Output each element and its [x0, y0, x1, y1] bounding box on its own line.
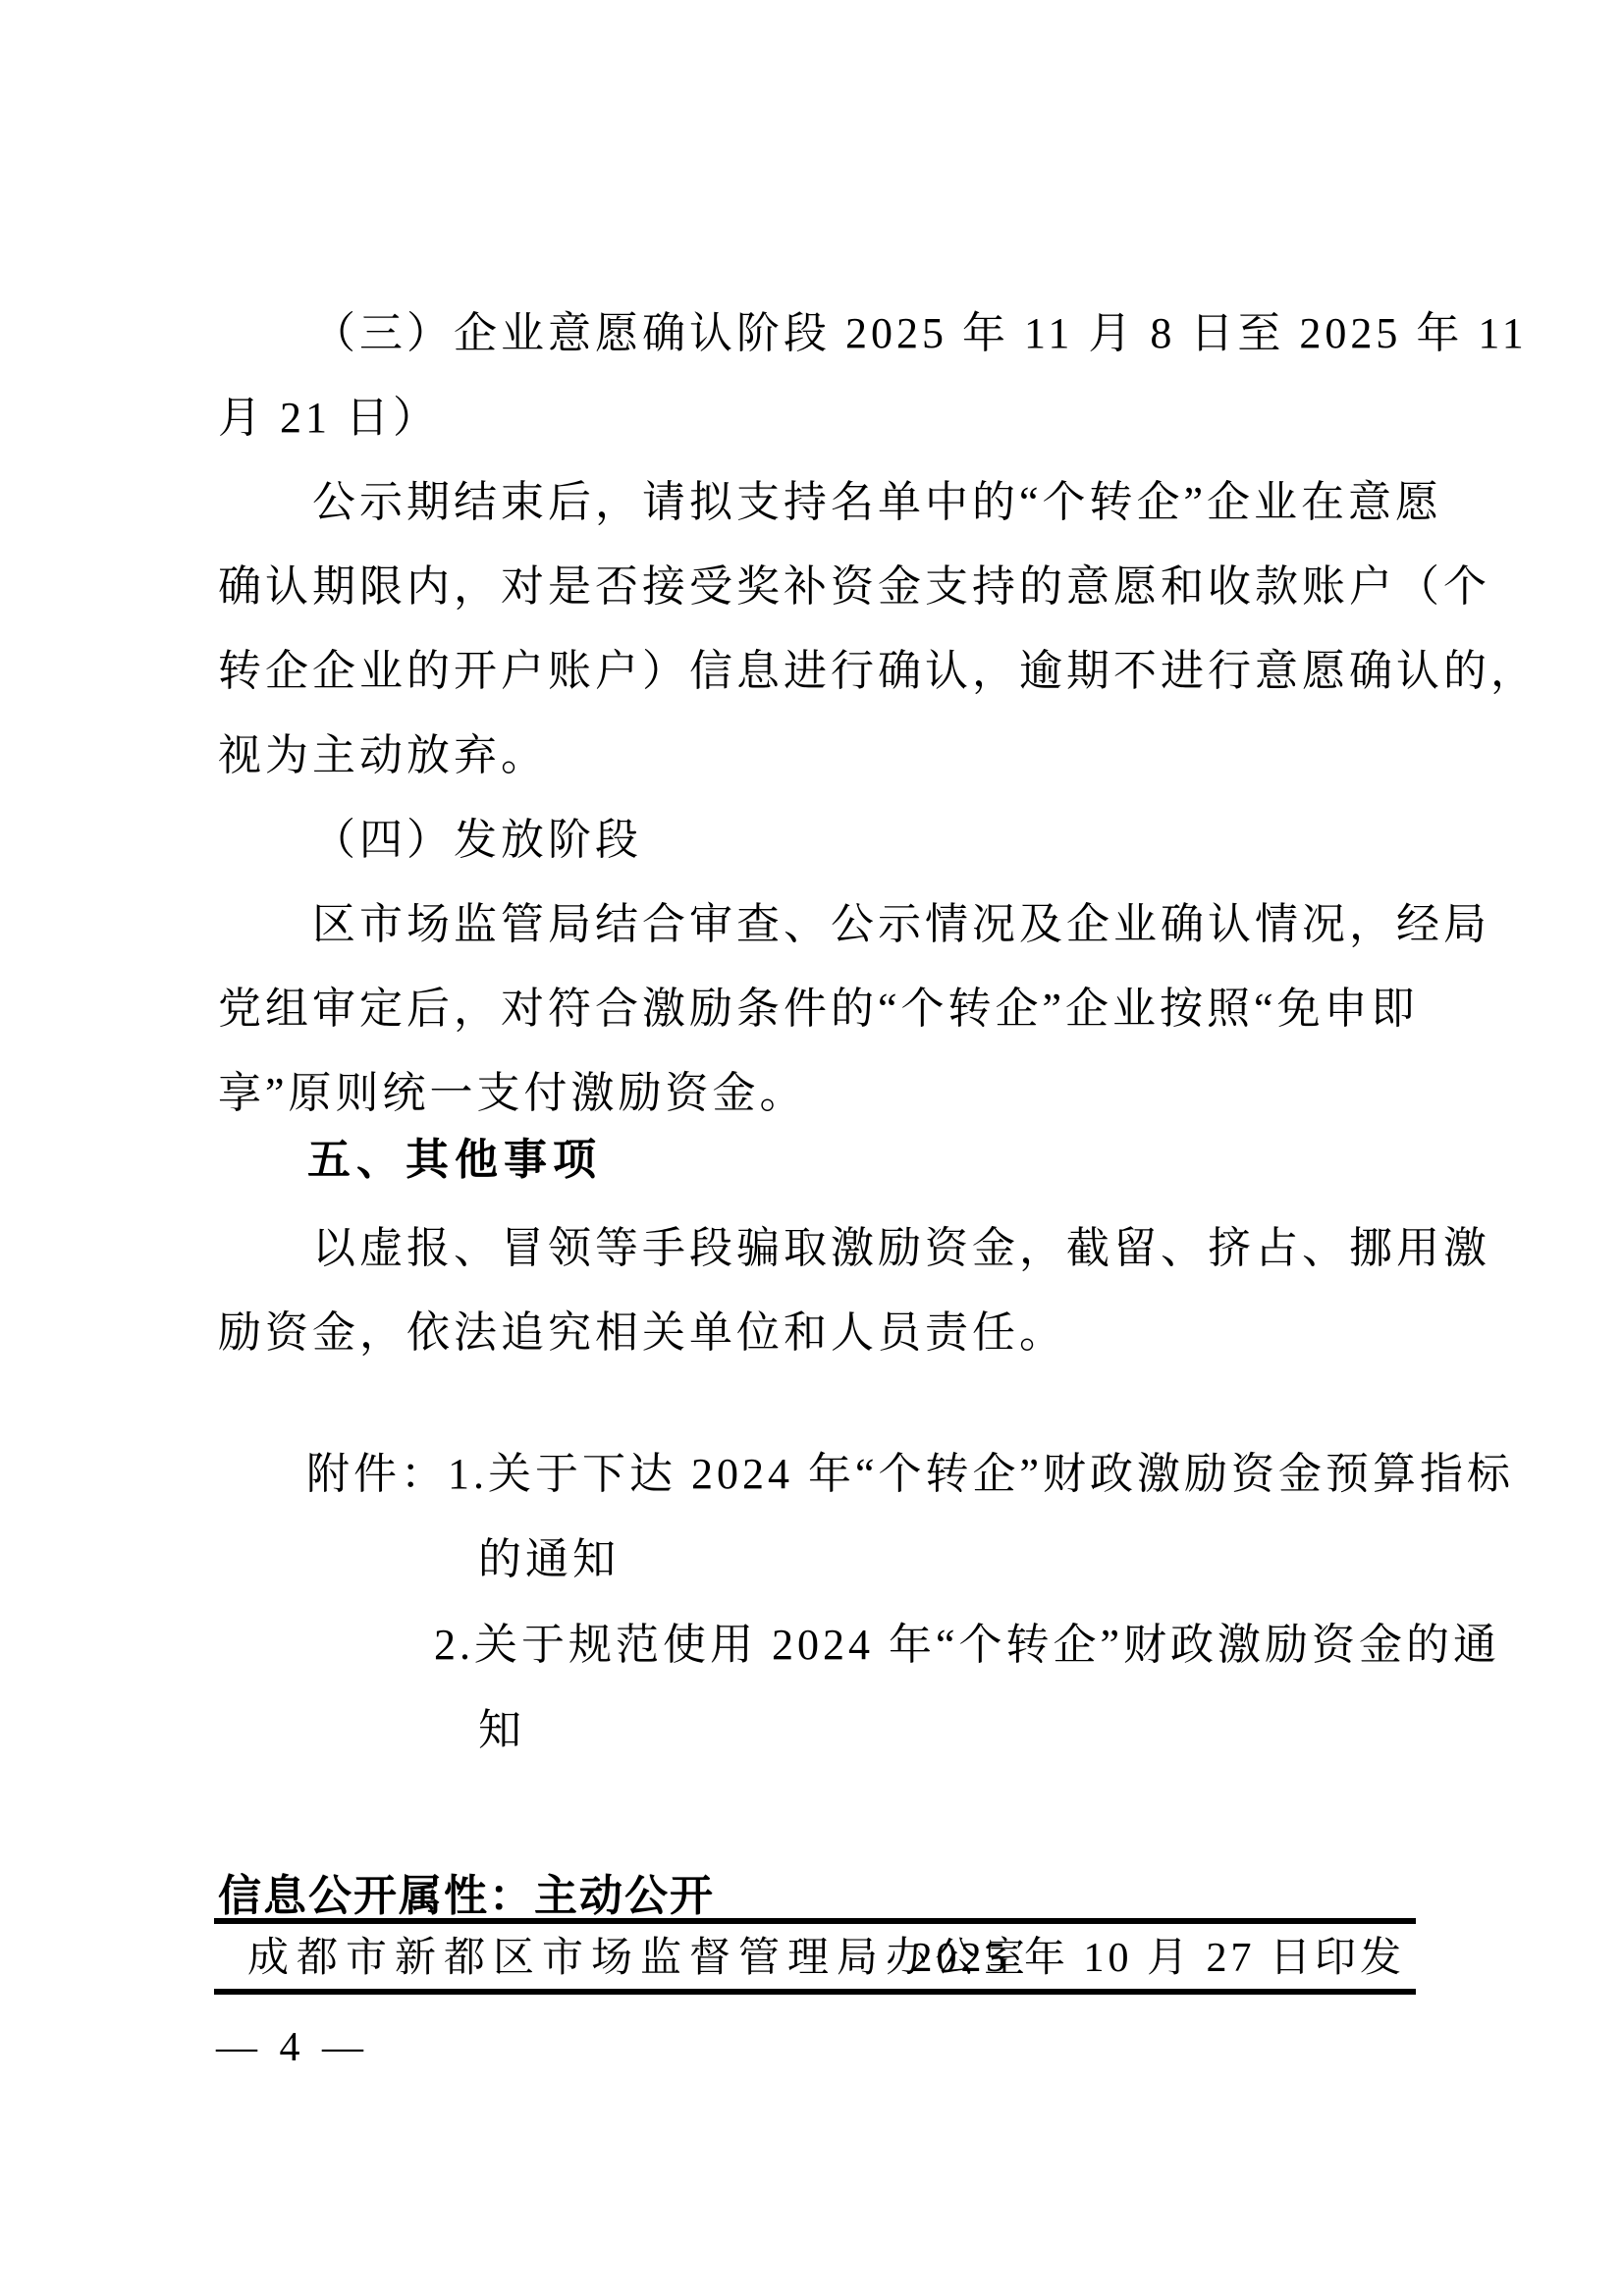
paragraph-confirmation-line-3: 转企企业的开户账户）信息进行确认，逾期不进行意愿确认的， — [218, 648, 1538, 695]
section-3-heading-line-1: （三）企业意愿确认阶段 2025 年 11 月 8 日至 2025 年 11 — [312, 310, 1528, 357]
colophon-rule-top — [214, 1918, 1416, 1924]
paragraph-disbursement-line-2: 党组审定后，对符合激励条件的“个转企”企业按照“免申即 — [218, 986, 1419, 1033]
attachment-2-line-2: 知 — [478, 1707, 525, 1754]
section-5-heading: 五、其他事项 — [307, 1137, 602, 1184]
section-4-heading: （四）发放阶段 — [312, 817, 642, 864]
attachment-1-line-2: 的通知 — [478, 1536, 620, 1583]
paragraph-confirmation-line-4: 视为主动放弃。 — [218, 732, 548, 779]
paragraph-confirmation-line-2: 确认期限内，对是否接受奖补资金支持的意愿和收款账户（个 — [218, 563, 1490, 611]
paragraph-disbursement-line-1: 区市场监管局结合审查、公示情况及企业确认情况，经局 — [312, 901, 1490, 948]
page-number: — 4 — — [216, 2024, 369, 2071]
colophon-rule-bottom — [214, 1989, 1416, 1995]
document-page: （三）企业意愿确认阶段 2025 年 11 月 8 日至 2025 年 11 月… — [0, 0, 1623, 2296]
attachment-1-line-1: 附件：1.关于下达 2024 年“个转企”财政激励资金预算指标 — [306, 1451, 1514, 1498]
paragraph-disbursement-line-3: 享”原则统一支付激励资金。 — [218, 1070, 807, 1117]
paragraph-liability-line-2: 励资金，依法追究相关单位和人员责任。 — [218, 1309, 1066, 1357]
disclosure-attribute-label: 信息公开属性：主动公开 — [218, 1873, 715, 1920]
print-date-label: 2025 年 10 月 27 日印发 — [911, 1935, 1405, 1982]
attachment-2-line-1: 2.关于规范使用 2024 年“个转企”财政激励资金的通 — [434, 1622, 1500, 1669]
paragraph-confirmation-line-1: 公示期结束后，请拟支持名单中的“个转企”企业在意愿 — [312, 479, 1442, 526]
section-3-heading-line-2: 月 21 日） — [218, 395, 440, 442]
paragraph-liability-line-1: 以虚报、冒领等手段骗取激励资金，截留、挤占、挪用激 — [312, 1225, 1490, 1272]
